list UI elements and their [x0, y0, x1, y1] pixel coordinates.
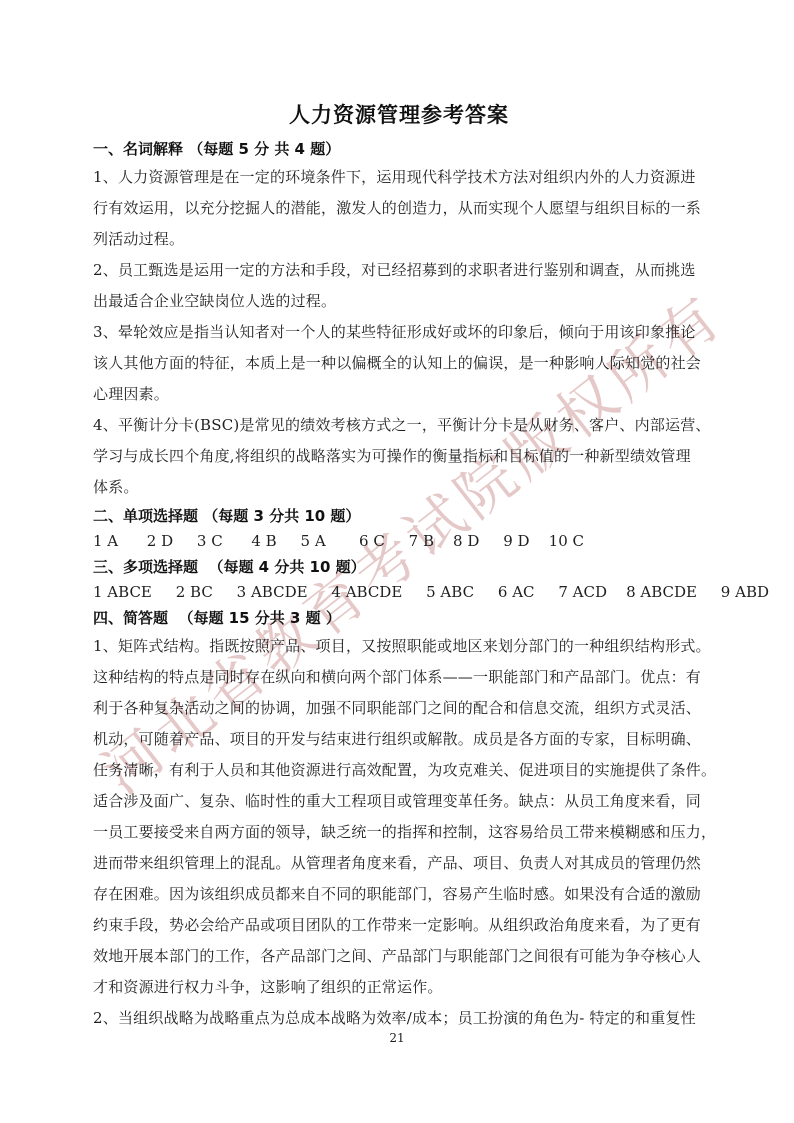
answer-body: 一、名词解释 （每题 5 分 共 4 题）1、人力资源管理是在一定的环境条件下，… — [93, 137, 705, 1035]
text-line: 心理因素。 — [93, 380, 705, 411]
text-line: 约束手段，势必会给产品或项目团队的工作带来一定影响。从组织政治角度来看，为了更有 — [93, 911, 705, 942]
text-line: 1、矩阵式结构。指既按照产品、项目，又按照职能或地区来划分部门的一种组织结构形式… — [93, 632, 705, 663]
text-line: 3、晕轮效应是指当认知者对一个人的某些特征形成好或坏的印象后，倾向于用该印象推论 — [93, 318, 705, 349]
text-line: 2、员工甄选是运用一定的方法和手段，对已经招募到的求职者进行鉴别和调查，从而挑选 — [93, 256, 705, 287]
text-line: 任务清晰，有利于人员和其他资源进行高效配置，为攻克难关、促进项目的实施提供了条件… — [93, 756, 705, 787]
text-line: 这种结构的特点是同时存在纵向和横向两个部门体系——一职能部门和产品部门。优点：有 — [93, 663, 705, 694]
answer-row: 1 ABCE 2 BC 3 ABCDE 4 ABCDE 5 ABC 6 AC 7… — [93, 581, 705, 606]
text-line: 行有效运用，以充分挖掘人的潜能，激发人的创造力，从而实现个人愿望与组织目标的一系 — [93, 194, 705, 225]
text-line: 出最适合企业空缺岗位人选的过程。 — [93, 287, 705, 318]
page-title: 人力资源管理参考答案 — [93, 97, 705, 137]
text-line: 机动，可随着产品、项目的开发与结束进行组织或解散。成员是各方面的专家，目标明确、 — [93, 725, 705, 756]
text-line: 进而带来组织管理上的混乱。从管理者角度来看，产品、项目、负责人对其成员的管理仍然 — [93, 849, 705, 880]
section-heading: 一、名词解释 （每题 5 分 共 4 题） — [93, 137, 705, 163]
text-line: 存在困难。因为该组织成员都来自不同的职能部门，容易产生临时感。如果没有合适的激励 — [93, 880, 705, 911]
text-line: 适合涉及面广、复杂、临时性的重大工程项目或管理变革任务。缺点：从员工角度来看，同 — [93, 787, 705, 818]
text-line: 体系。 — [93, 473, 705, 504]
text-line: 才和资源进行权力斗争，这影响了组织的正常运作。 — [93, 973, 705, 1004]
text-line: 效地开展本部门的工作，各产品部门之间、产品部门与职能部门之间很有可能为争夺核心人 — [93, 942, 705, 973]
text-line: 4、平衡计分卡(BSC)是常见的绩效考核方式之一，平衡计分卡是从财务、客户、内部… — [93, 411, 705, 442]
section-heading: 二、单项选择题 （每题 3 分共 10 题） — [93, 504, 705, 530]
text-line: 一员工要接受来自两方面的领导，缺乏统一的指挥和控制，这容易给员工带来模糊感和压力… — [93, 818, 705, 849]
text-line: 1、人力资源管理是在一定的环境条件下，运用现代科学技术方法对组织内外的人力资源进 — [93, 163, 705, 194]
section-heading: 四、简答题 （每题 15 分共 3 题 ） — [93, 606, 705, 632]
text-line: 学习与成长四个角度,将组织的战略落实为可操作的衡量指标和目标值的一种新型绩效管理 — [93, 442, 705, 473]
text-line: 该人其他方面的特征，本质上是一种以偏概全的认知上的偏误，是一种影响人际知觉的社会 — [93, 349, 705, 380]
answer-row: 1 A 2 D 3 C 4 B 5 A 6 C 7 B 8 D 9 D 10 C — [93, 530, 705, 555]
text-line: 列活动过程。 — [93, 225, 705, 256]
document-content: 人力资源管理参考答案 一、名词解释 （每题 5 分 共 4 题）1、人力资源管理… — [93, 97, 705, 1035]
document-page: 河北省教育考试院版权所有 人力资源管理参考答案 一、名词解释 （每题 5 分 共… — [0, 0, 794, 1123]
section-heading: 三、多项选择题 （每题 4 分共 10 题） — [93, 555, 705, 581]
text-line: 利于各种复杂活动之间的协调，加强不同职能部门之间的配合和信息交流，组织方式灵活、 — [93, 694, 705, 725]
page-number: 21 — [0, 1031, 794, 1045]
